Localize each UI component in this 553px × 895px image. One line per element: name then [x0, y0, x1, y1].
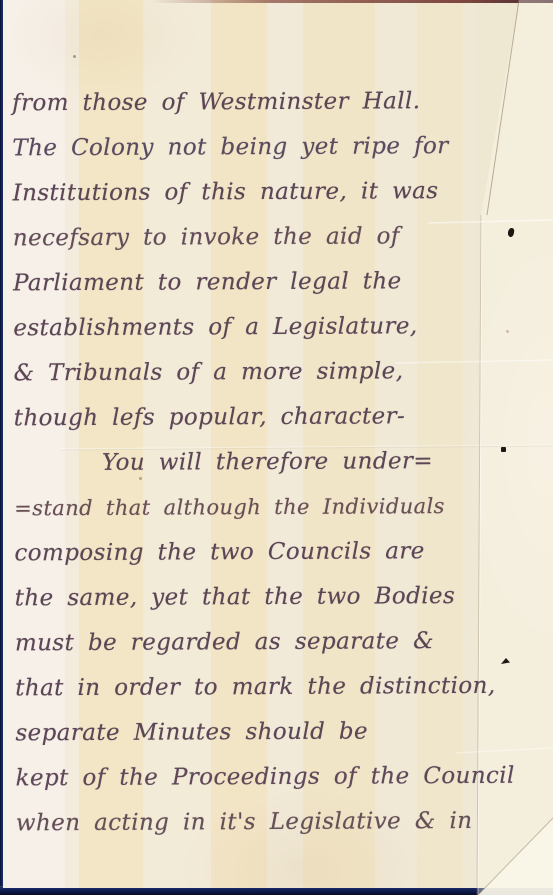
backing-band-bottom — [0, 887, 553, 895]
ink-speck — [501, 447, 506, 452]
manuscript-line: that in order to mark the distinction, — [7, 664, 536, 712]
manuscript-line: establishments of a Legislature, — [5, 304, 534, 352]
manuscript-line: when acting in it's Legislative & in — [8, 799, 537, 847]
manuscript-line: necefsary to invoke the aid of — [5, 214, 534, 262]
manuscript-line: must be regarded as separate & — [7, 619, 536, 667]
manuscript-line: from those of Westminster Hall. — [4, 79, 533, 127]
paper-blemish — [73, 55, 76, 58]
manuscript-line: though lefs popular, character- — [6, 394, 535, 442]
manuscript-line: You will therefore under= — [6, 439, 535, 487]
manuscript-line: the same, yet that the two Bodies — [7, 574, 536, 622]
manuscript-line: Institutions of this nature, it was — [4, 169, 533, 217]
paper-blemish — [139, 477, 142, 480]
paper-top-edge — [150, 0, 553, 3]
handwritten-text-block: from those of Westminster Hall. The Colo… — [4, 79, 537, 847]
manuscript-line: & Tribunals of a more simple, — [5, 349, 534, 397]
manuscript-line: separate Minutes should be — [7, 709, 536, 757]
manuscript-line: composing the two Councils are — [6, 529, 535, 577]
manuscript-line: The Colony not being yet ripe for — [4, 124, 533, 172]
manuscript-line: kept of the Proceedings of the Council — [8, 754, 537, 802]
paper-blemish — [506, 330, 509, 333]
manuscript-line: =stand that although the Individuals — [6, 484, 535, 532]
manuscript-line: Parliament to render legal the — [5, 259, 534, 307]
scanned-manuscript-page: from those of Westminster Hall. The Colo… — [0, 0, 553, 895]
